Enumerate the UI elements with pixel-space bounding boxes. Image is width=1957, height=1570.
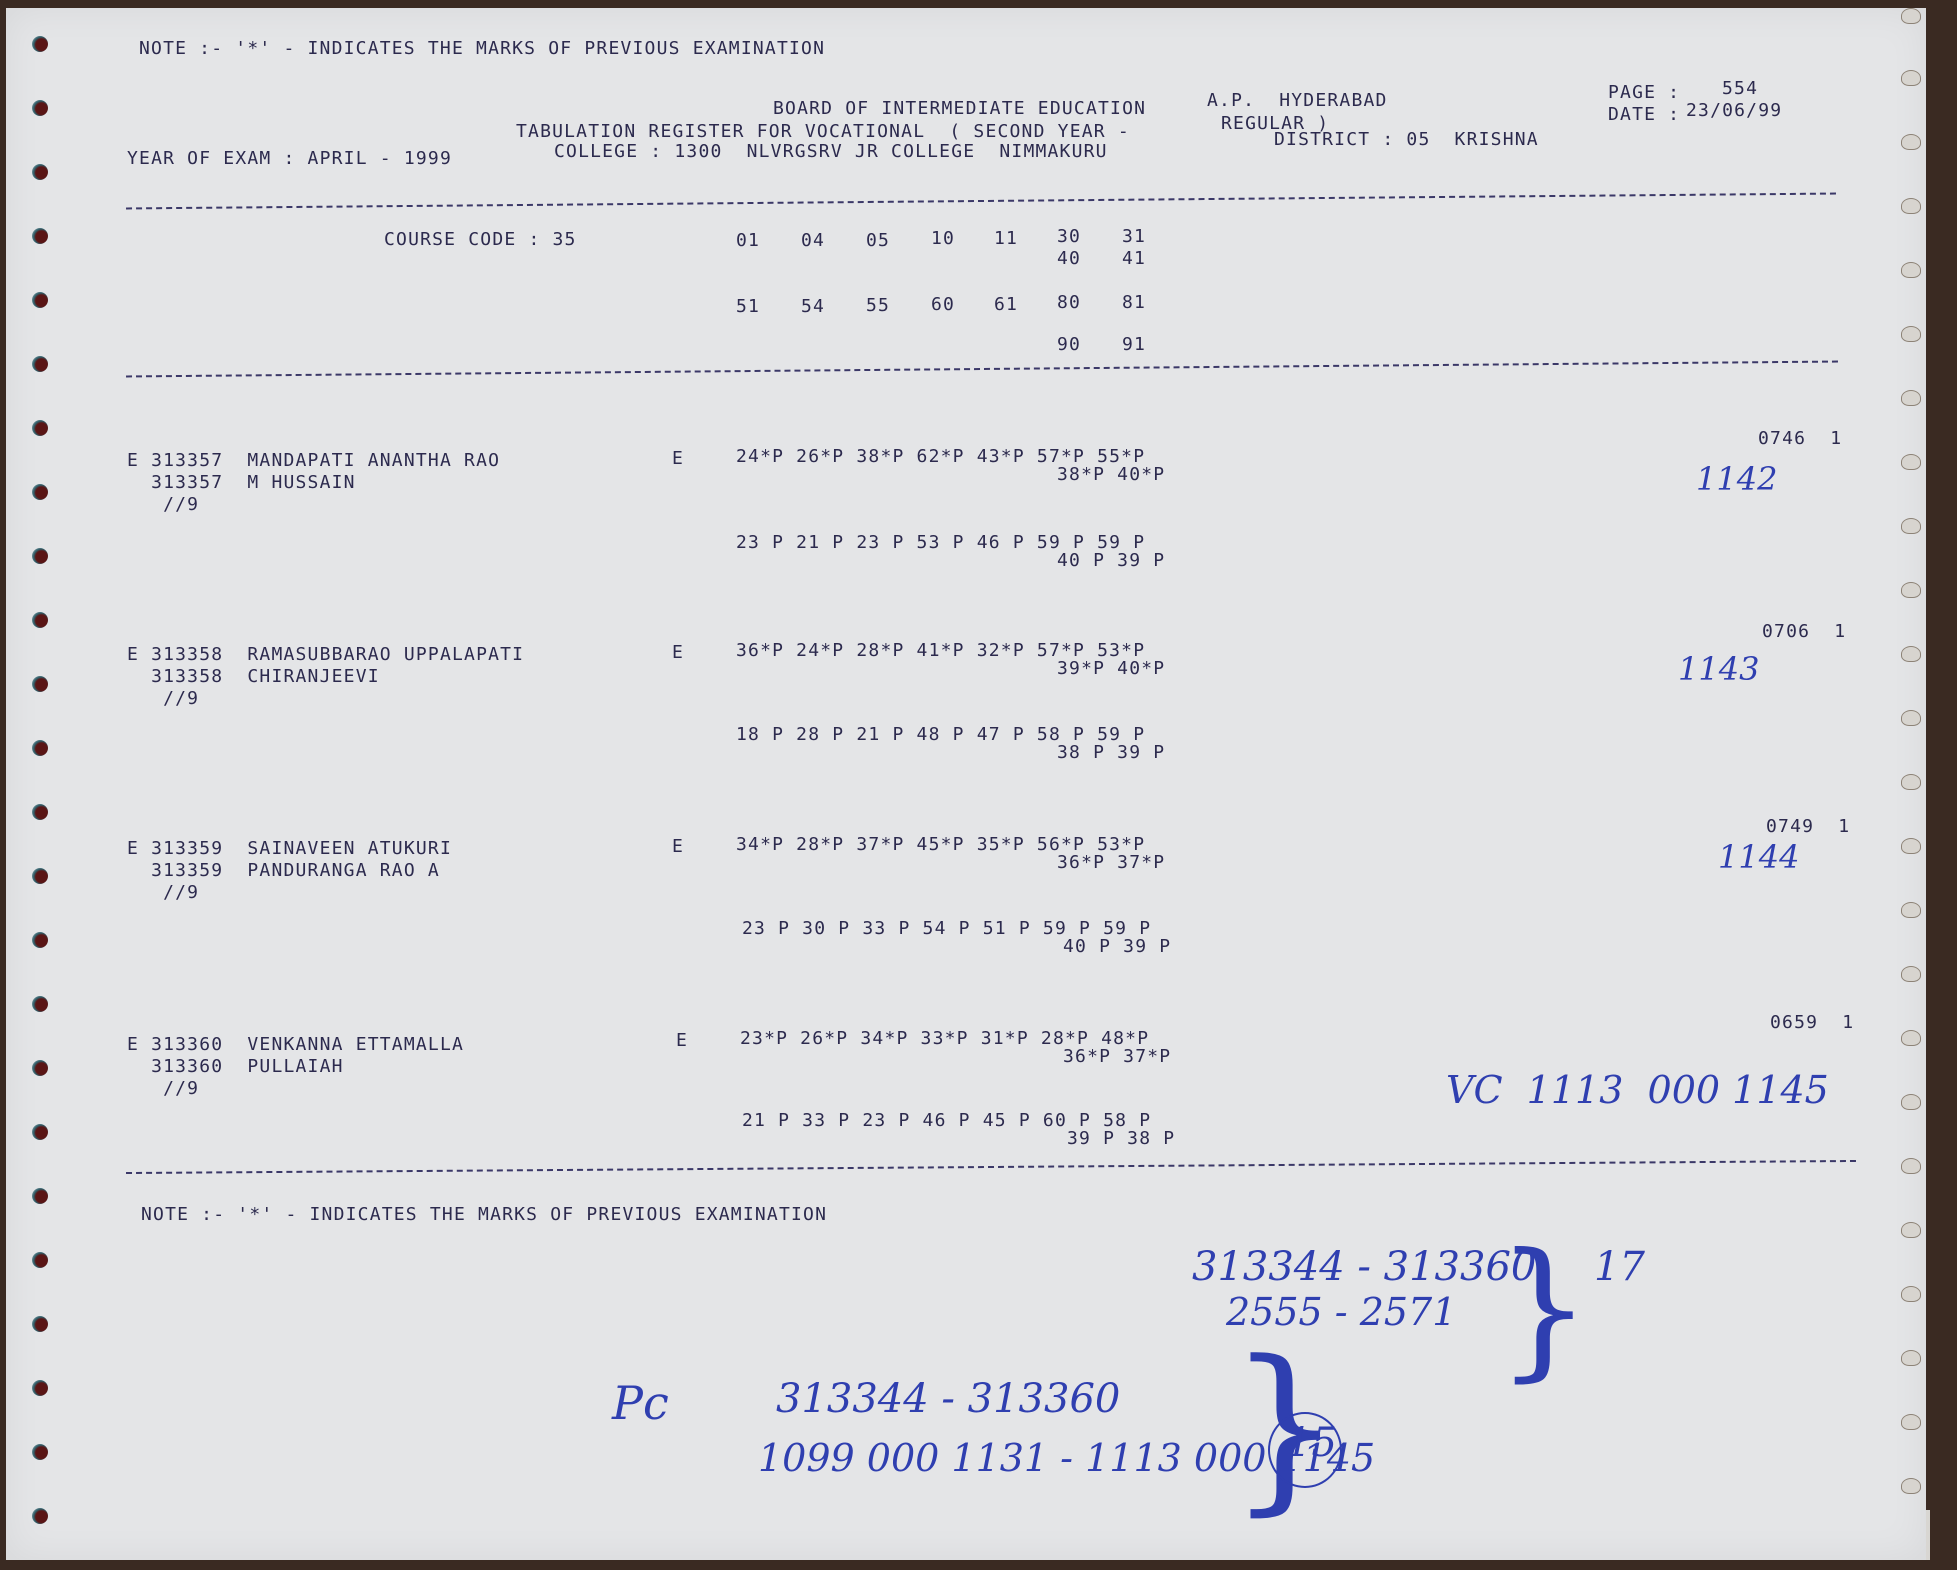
subject-code: 60 — [931, 294, 955, 315]
marks-current: 39 P 38 P — [1067, 1128, 1175, 1149]
date-value: 23/06/99 — [1686, 100, 1782, 121]
brace-icon: } — [1496, 1234, 1591, 1384]
annotation-pc-label: Pc — [612, 1376, 669, 1430]
parent-name-line: 313358 CHIRANJEEVI — [127, 666, 380, 687]
annotation-count1: 17 — [1594, 1244, 1645, 1290]
marks-current: 40 P 39 P — [1057, 550, 1165, 571]
feed-hole-icon — [1901, 966, 1921, 982]
student-name-line: E 313360 VENKANNA ETTAMALLA — [127, 1034, 464, 1055]
feed-hole-icon — [32, 420, 48, 436]
divider — [126, 193, 1836, 210]
medium: E — [672, 642, 684, 663]
student-name-line: E 313358 RAMASUBBARAO UPPALAPATI — [127, 644, 524, 665]
handwritten-serial: 1143 — [1678, 650, 1759, 688]
student-name-line: E 313359 SAINAVEEN ATUKURI — [127, 838, 452, 859]
feed-hole-icon — [32, 356, 48, 372]
subject-code: 05 — [866, 230, 890, 251]
marks-previous: 36*P 37*P — [1057, 852, 1165, 873]
handwritten-serial: 1144 — [1718, 838, 1799, 876]
tabulation-register-page: NOTE :- '*' - INDICATES THE MARKS OF PRE… — [6, 8, 1926, 1560]
board-name: BOARD OF INTERMEDIATE EDUCATION — [773, 98, 1146, 119]
feed-hole-icon — [1901, 1414, 1921, 1430]
college: COLLEGE : 1300 NLVRGSRV JR COLLEGE NIMMA… — [554, 141, 1108, 162]
total-marks: 0746 1 — [1758, 428, 1842, 449]
feed-hole-icon — [1901, 390, 1921, 406]
feed-hole-icon — [1901, 326, 1921, 342]
marks-current: 40 P 39 P — [1063, 936, 1171, 957]
handwritten-serial: 1142 — [1696, 460, 1777, 498]
total-marks: 0659 1 — [1770, 1012, 1854, 1033]
feed-hole-icon — [1901, 774, 1921, 790]
feed-hole-icon — [32, 292, 48, 308]
subject-code: 54 — [801, 296, 825, 317]
medium: E — [672, 836, 684, 857]
subject-code: 04 — [801, 230, 825, 251]
feed-hole-icon — [1901, 1030, 1921, 1046]
feed-hole-icon — [1901, 838, 1921, 854]
feed-hole-icon — [1901, 454, 1921, 470]
subject-code: 80 — [1057, 292, 1081, 313]
parent-name-line: 313359 PANDURANGA RAO A — [127, 860, 440, 881]
handwritten-serial: VC 1113 000 1145 — [1446, 1068, 1829, 1112]
feed-hole-icon — [1901, 198, 1921, 214]
feed-hole-icon — [32, 164, 48, 180]
feed-hole-icon — [1901, 710, 1921, 726]
record-code: //9 — [127, 1078, 199, 1099]
subject-code: 01 — [736, 230, 760, 251]
student-name-line: E 313357 MANDAPATI ANANTHA RAO — [127, 450, 500, 471]
board-location: A.P. HYDERABAD — [1207, 90, 1388, 111]
subject-code: 41 — [1122, 248, 1146, 269]
feed-hole-icon — [1901, 134, 1921, 150]
subject-code: 55 — [866, 295, 890, 316]
feed-hole-icon — [1901, 70, 1921, 86]
divider — [126, 1160, 1856, 1174]
feed-hole-icon — [32, 548, 48, 564]
subject-code: 30 — [1057, 226, 1081, 247]
feed-hole-icon — [1901, 902, 1921, 918]
marks-current: 38 P 39 P — [1057, 742, 1165, 763]
subject-code: 61 — [994, 294, 1018, 315]
feed-hole-icon — [1901, 1286, 1921, 1302]
page-number: 554 — [1722, 78, 1758, 99]
feed-hole-icon — [32, 612, 48, 628]
annotation-pc-range1: 313344 - 313360 — [776, 1376, 1120, 1422]
feed-hole-icon — [32, 932, 48, 948]
feed-hole-icon — [32, 1444, 48, 1460]
feed-hole-icon — [1901, 1094, 1921, 1110]
subject-code: 10 — [931, 228, 955, 249]
note-bottom: NOTE :- '*' - INDICATES THE MARKS OF PRE… — [141, 1204, 827, 1225]
medium: E — [672, 448, 684, 469]
note-top: NOTE :- '*' - INDICATES THE MARKS OF PRE… — [139, 38, 825, 59]
record-code: //9 — [127, 882, 199, 903]
feed-hole-icon — [1901, 262, 1921, 278]
feed-hole-icon — [32, 36, 48, 52]
subject-code: 81 — [1122, 292, 1146, 313]
subject-code: 31 — [1122, 226, 1146, 247]
total-marks: 0749 1 — [1766, 816, 1850, 837]
subject-code: 40 — [1057, 248, 1081, 269]
feed-hole-icon — [32, 228, 48, 244]
medium: E — [676, 1030, 688, 1051]
feed-hole-icon — [1901, 518, 1921, 534]
feed-hole-icon — [32, 868, 48, 884]
feed-hole-icon — [32, 1124, 48, 1140]
feed-hole-icon — [1901, 1222, 1921, 1238]
feed-hole-icon — [1901, 8, 1921, 24]
total-marks: 0706 1 — [1762, 621, 1846, 642]
feed-hole-icon — [1901, 1350, 1921, 1366]
parent-name-line: 313360 PULLAIAH — [127, 1056, 344, 1077]
annotation-count2: 15 — [1286, 1420, 1337, 1466]
subject-code: 91 — [1122, 334, 1146, 355]
feed-hole-icon — [1901, 582, 1921, 598]
feed-hole-icon — [32, 1060, 48, 1076]
course-code: COURSE CODE : 35 — [384, 229, 577, 250]
feed-hole-icon — [32, 1188, 48, 1204]
divider — [126, 361, 1838, 378]
feed-hole-icon — [1901, 646, 1921, 662]
feed-hole-icon — [32, 1380, 48, 1396]
register-title: TABULATION REGISTER FOR VOCATIONAL ( SEC… — [516, 121, 1130, 142]
feed-hole-icon — [32, 804, 48, 820]
district: DISTRICT : 05 KRISHNA — [1274, 129, 1539, 150]
subject-code: 11 — [994, 228, 1018, 249]
annotation-range1: 313344 - 313360 — [1192, 1244, 1536, 1290]
feed-hole-icon — [32, 484, 48, 500]
record-code: //9 — [127, 494, 199, 515]
feed-hole-icon — [32, 1252, 48, 1268]
marks-previous: 38*P 40*P — [1057, 464, 1165, 485]
feed-hole-icon — [32, 996, 48, 1012]
feed-hole-icon — [32, 740, 48, 756]
parent-name-line: 313357 M HUSSAIN — [127, 472, 356, 493]
marks-previous: 39*P 40*P — [1057, 658, 1165, 679]
year-of-exam: YEAR OF EXAM : APRIL - 1999 — [127, 148, 452, 169]
feed-hole-icon — [32, 100, 48, 116]
feed-hole-icon — [32, 1508, 48, 1524]
feed-hole-icon — [1901, 1158, 1921, 1174]
feed-hole-icon — [32, 1316, 48, 1332]
marks-previous: 36*P 37*P — [1063, 1046, 1171, 1067]
page-label: PAGE : — [1608, 82, 1680, 103]
feed-hole-icon — [1901, 1478, 1921, 1494]
record-code: //9 — [127, 688, 199, 709]
date-label: DATE : — [1608, 104, 1680, 125]
subject-code: 51 — [736, 296, 760, 317]
subject-code: 90 — [1057, 334, 1081, 355]
feed-hole-icon — [32, 676, 48, 692]
